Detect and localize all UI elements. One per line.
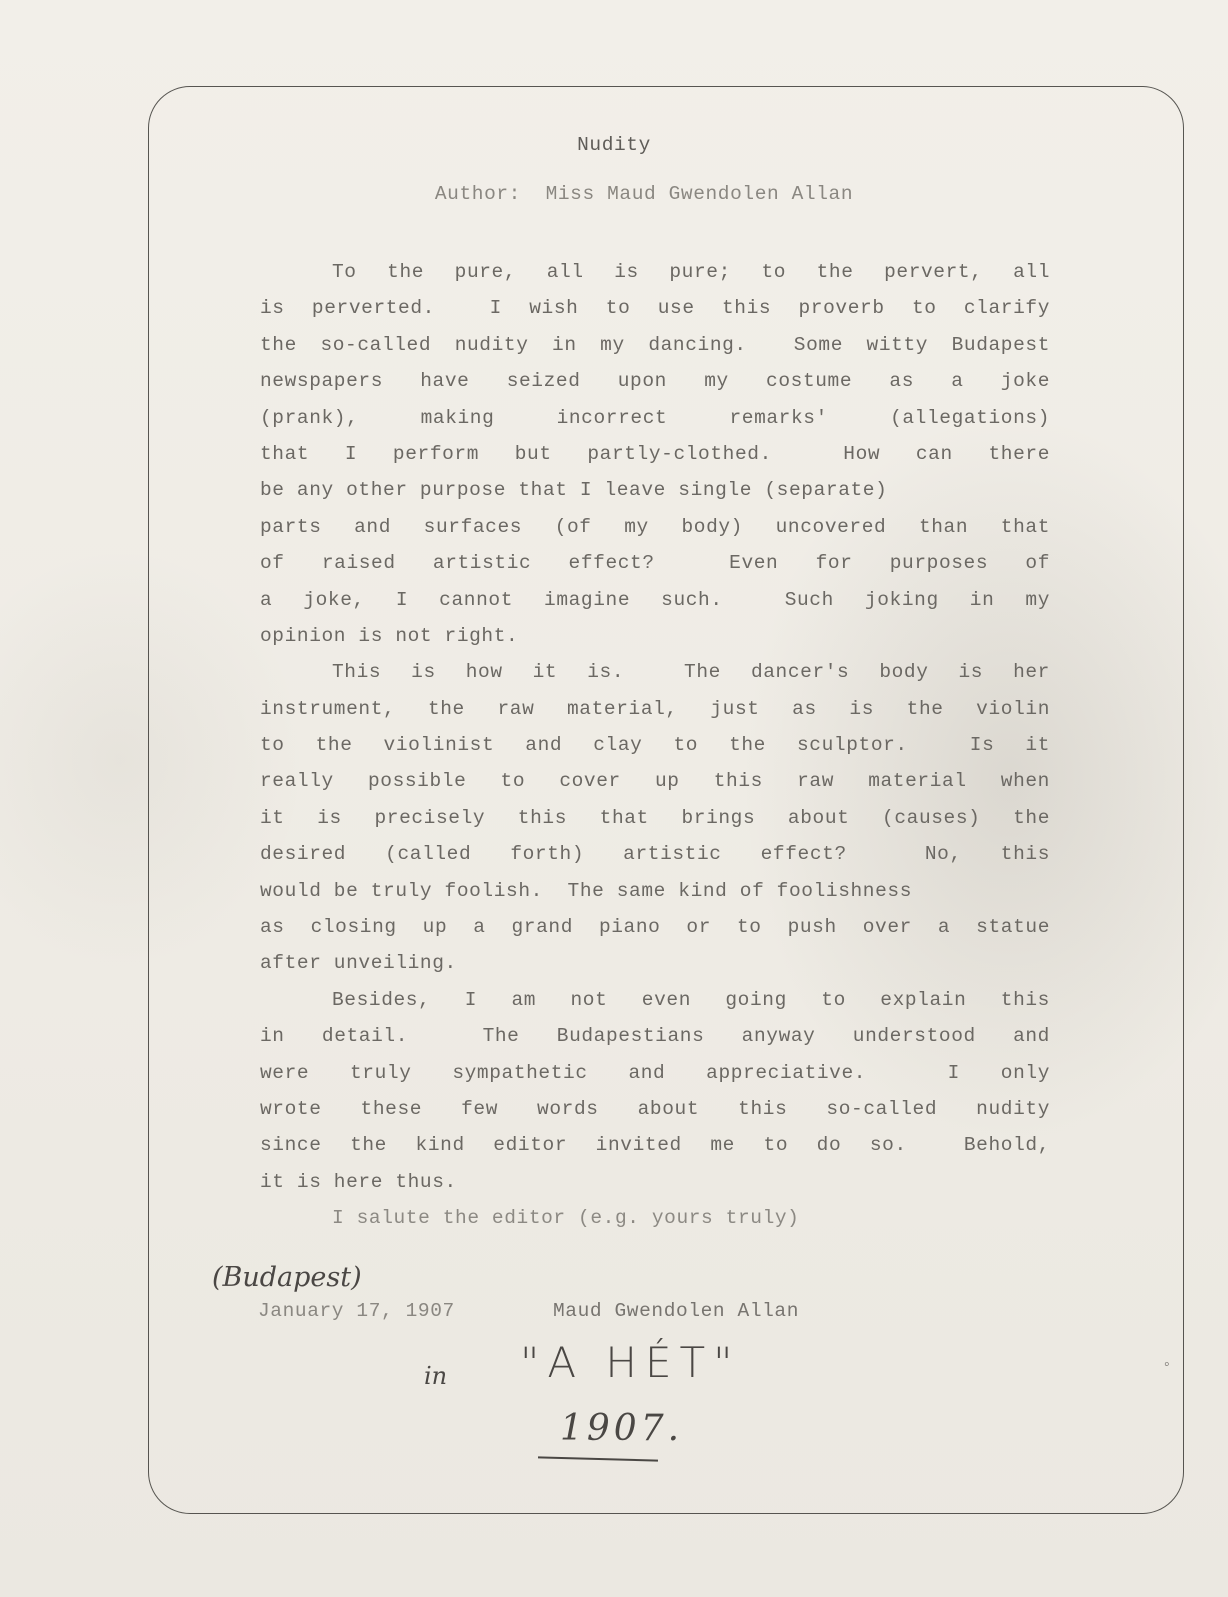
text-line: opinion is not right. xyxy=(260,618,1050,654)
text-line: in detail. The Budapestians anyway under… xyxy=(260,1018,1050,1054)
document-title: Nudity xyxy=(0,134,1228,156)
signature-date: January 17, 1907 xyxy=(258,1300,455,1322)
text-line: that I perform but partly-clothed. How c… xyxy=(260,436,1050,472)
text-line: be any other purpose that I leave single… xyxy=(260,472,1050,508)
text-line: it is here thus. xyxy=(260,1164,1050,1200)
punch-hole-mark-icon: ◦ xyxy=(1162,1356,1172,1374)
salute-line: I salute the editor (e.g. yours truly) xyxy=(260,1200,1050,1236)
text-line: desired (called forth) artistic effect? … xyxy=(260,836,1050,872)
text-line: wrote these few words about this so-call… xyxy=(260,1091,1050,1127)
paragraph-2: This is how it is. The dancer's body is … xyxy=(260,654,1050,982)
text-line: to the violinist and clay to the sculpto… xyxy=(260,727,1050,763)
document-body: To the pure, all is pure; to the pervert… xyxy=(260,254,1050,1237)
handwritten-year: 1907. xyxy=(560,1408,683,1449)
text-line: instrument, the raw material, just as is… xyxy=(260,691,1050,727)
handwritten-annotation-prefix: in xyxy=(424,1362,447,1390)
text-line: parts and surfaces (of my body) uncovere… xyxy=(260,509,1050,545)
text-line: a joke, I cannot imagine such. Such joki… xyxy=(260,582,1050,618)
text-line: since the kind editor invited me to do s… xyxy=(260,1127,1050,1163)
text-line: it is precisely this that brings about (… xyxy=(260,800,1050,836)
text-line: is perverted. I wish to use this proverb… xyxy=(260,290,1050,326)
text-line: Besides, I am not even going to explain … xyxy=(260,982,1050,1018)
handwritten-place: (Budapest) xyxy=(212,1262,362,1293)
paragraph-3: Besides, I am not even going to explain … xyxy=(260,982,1050,1200)
text-line: To the pure, all is pure; to the pervert… xyxy=(260,254,1050,290)
handwritten-publication-name: "A HÉT" xyxy=(520,1338,741,1387)
text-line: were truly sympathetic and appreciative.… xyxy=(260,1055,1050,1091)
text-line: This is how it is. The dancer's body is … xyxy=(260,654,1050,690)
text-line: as closing up a grand piano or to push o… xyxy=(260,909,1050,945)
text-line: of raised artistic effect? Even for purp… xyxy=(260,545,1050,581)
text-line: newspapers have seized upon my costume a… xyxy=(260,363,1050,399)
paragraph-1: To the pure, all is pure; to the pervert… xyxy=(260,254,1050,654)
text-line: would be truly foolish. The same kind of… xyxy=(260,873,1050,909)
author-line: Author: Miss Maud Gwendolen Allan xyxy=(0,183,1228,205)
text-line: the so-called nudity in my dancing. Some… xyxy=(260,327,1050,363)
text-line: after unveiling. xyxy=(260,945,1050,981)
text-line: (prank), making incorrect remarks' (alle… xyxy=(260,400,1050,436)
signature-name: Maud Gwendolen Allan xyxy=(553,1300,799,1322)
text-line: really possible to cover up this raw mat… xyxy=(260,763,1050,799)
